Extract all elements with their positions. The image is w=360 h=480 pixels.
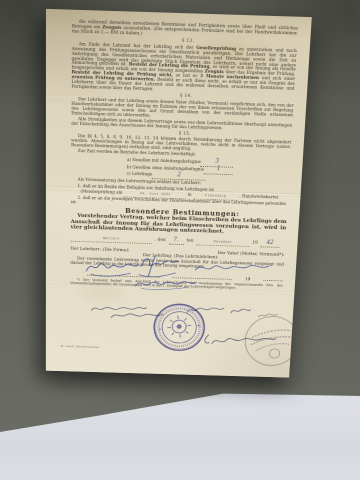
ten-label: ten xyxy=(186,240,193,245)
apprenticeship-contract-page: die während derselben erworbenen Kenntni… xyxy=(46,9,312,378)
fill-in-line: 42 xyxy=(260,241,279,248)
round-ink-stamp xyxy=(148,299,209,355)
place-date-line: Wallern , den 7. ten Dezember 19 42 xyxy=(70,236,285,248)
photo-of-document: die während derselben erworbenen Kenntni… xyxy=(0,0,360,480)
section-13-paragraph: Am Ende der Lehrzeit hat der Lehrling si… xyxy=(71,43,296,97)
vater-signature xyxy=(192,259,272,279)
handwritten-year: 42 xyxy=(266,239,274,245)
den-label: , den xyxy=(155,239,166,244)
fill-in-line xyxy=(263,280,283,281)
year-prefix: 19 xyxy=(252,242,258,247)
handwritten-count: 3 xyxy=(215,158,219,165)
fill-in-line: 7. xyxy=(168,238,183,245)
stamp-emblem xyxy=(166,314,193,338)
handwritten-count: 1 xyxy=(217,166,221,173)
handwritten-day: 7. xyxy=(173,236,179,242)
lehrling-signature xyxy=(132,276,200,292)
fill-in-line: 1 xyxy=(204,167,233,174)
typed-place: Wallern xyxy=(70,236,151,244)
detail-mid: in xyxy=(187,194,191,199)
employment-label: c) Lehrlinge xyxy=(127,173,153,178)
handwritten-count: 2 xyxy=(177,171,181,178)
faded-stamp-emblem xyxy=(250,328,296,361)
typed-month: Dezember xyxy=(196,240,249,247)
